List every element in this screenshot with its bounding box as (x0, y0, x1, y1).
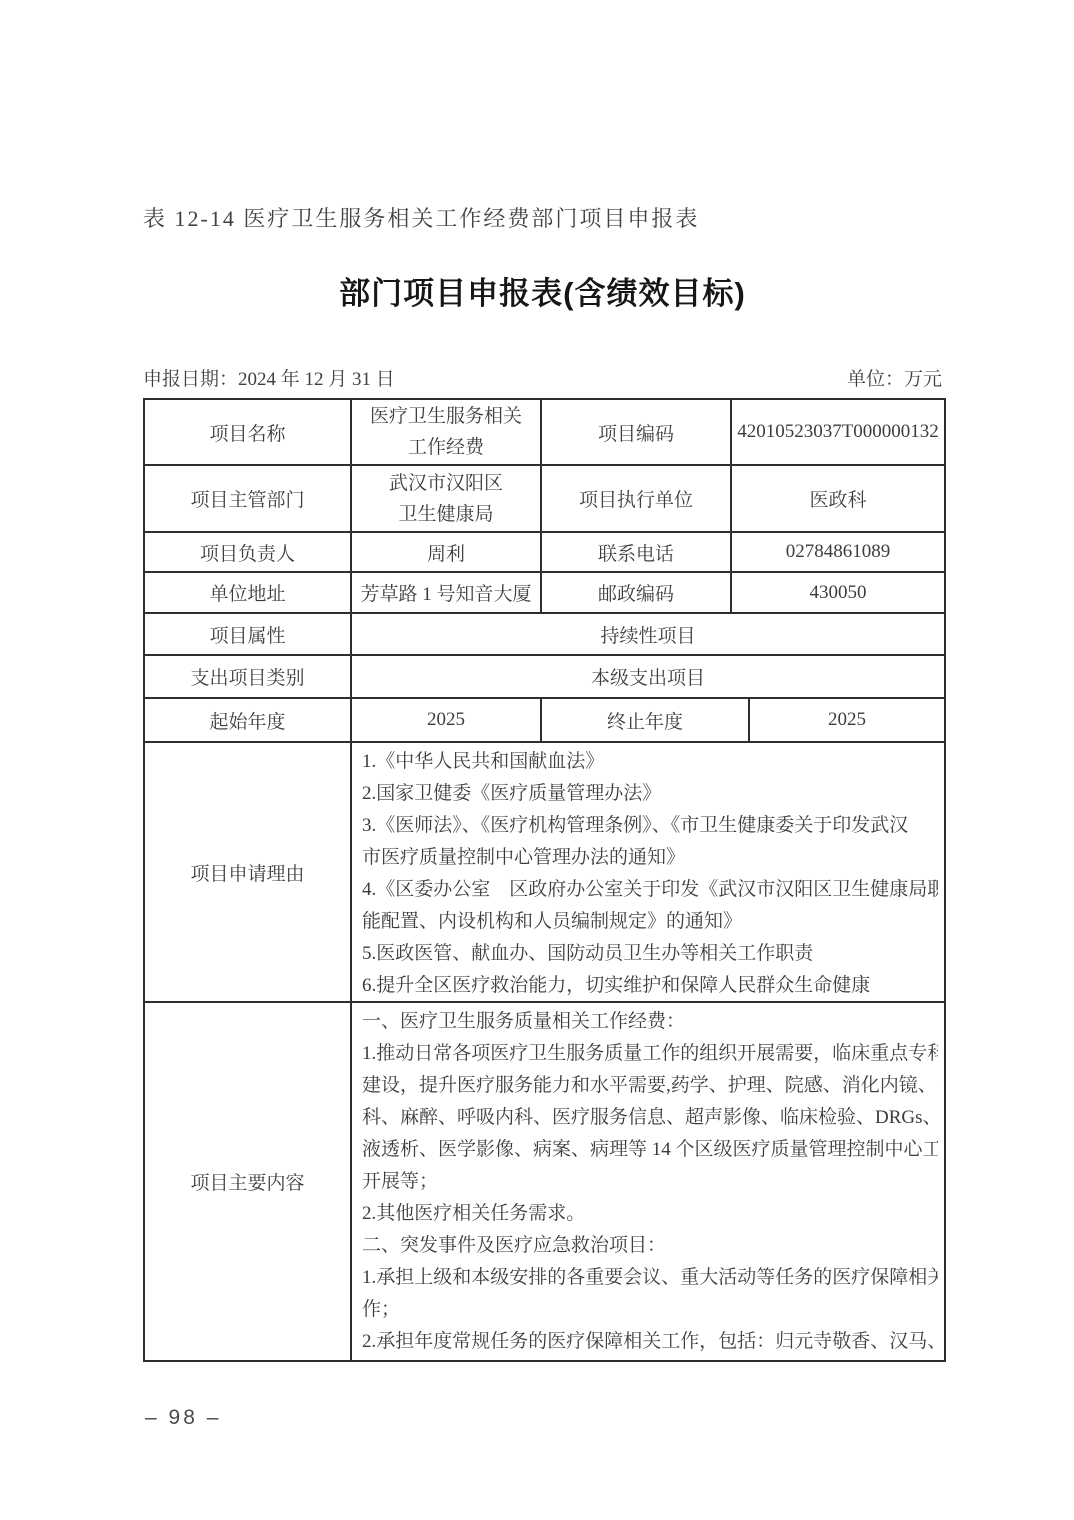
text-line: 1.《中华人民共和国献血法》 (362, 746, 938, 778)
row-years: 起始年度 2025 终止年度 2025 (145, 699, 944, 743)
application-form-table: 项目名称 医疗卫生服务相关工作经费 项目编码 42010523037T00000… (143, 398, 946, 1362)
page-number: – 98 – (145, 1406, 221, 1430)
end-year-value: 2025 (750, 699, 944, 741)
table-caption: 表 12-14 医疗卫生服务相关工作经费部门项目申报表 (143, 202, 699, 233)
phone-label: 联系电话 (542, 533, 732, 571)
row-reason: 项目申请理由 1.《中华人民共和国献血法》2.国家卫健委《医疗质量管理办法》3.… (145, 743, 944, 1003)
text-line: 1.推动日常各项医疗卫生服务质量工作的组织开展需要，临床重点专科 (362, 1038, 938, 1070)
unit-label: 单位：万元 (847, 364, 942, 391)
meta-row: 申报日期：2024 年 12 月 31 日 单位：万元 (143, 364, 942, 391)
phone-value: 02784861089 (732, 533, 944, 571)
row-main-content: 项目主要内容 一、医疗卫生服务质量相关工作经费： 1.推动日常各项医疗卫生服务质… (145, 1003, 944, 1362)
reason-label: 项目申请理由 (145, 743, 352, 1001)
project-code-value: 42010523037T000000132 (732, 400, 944, 464)
attribute-value: 持续性项目 (352, 614, 944, 654)
text-line: 2.国家卫健委《医疗质量管理办法》 (362, 778, 938, 810)
document-title: 部门项目申报表(含绩效目标) (143, 268, 942, 313)
exec-unit-label: 项目执行单位 (542, 466, 732, 531)
document-page: 表 12-14 医疗卫生服务相关工作经费部门项目申报表 部门项目申报表(含绩效目… (0, 0, 1074, 1520)
leader-label: 项目负责人 (145, 533, 352, 571)
text-line: 3.《医师法》、《医疗机构管理条例》、《市卫生健康委关于印发武汉 (362, 810, 938, 842)
exec-unit-value: 医政科 (732, 466, 944, 531)
text-line: 2.承担年度常规任务的医疗保障相关工作，包括：归元寺敬香、汉马、 (362, 1326, 938, 1358)
end-year-label: 终止年度 (542, 699, 750, 741)
leader-value: 周利 (352, 533, 542, 571)
category-value: 本级支出项目 (352, 656, 944, 697)
start-year-label: 起始年度 (145, 699, 352, 741)
row-department: 项目主管部门 武汉市汉阳区卫生健康局 项目执行单位 医政科 (145, 466, 944, 533)
attribute-label: 项目属性 (145, 614, 352, 654)
text-line: 武汉市汉阳区 (389, 468, 503, 499)
address-label: 单位地址 (145, 573, 352, 612)
application-date: 申报日期：2024 年 12 月 31 日 (143, 364, 395, 391)
text-line: 建设，提升医疗服务能力和水平需要,药学、护理、院感、消化内镜、骨 (362, 1070, 938, 1102)
department-label: 项目主管部门 (145, 466, 352, 531)
reason-text: 1.《中华人民共和国献血法》2.国家卫健委《医疗质量管理办法》3.《医师法》、《… (352, 743, 944, 1001)
text-line: 医疗卫生服务相关 (370, 401, 522, 432)
text-line: 2.其他医疗相关任务需求。 (362, 1198, 938, 1230)
text-line: 工作经费 (408, 432, 484, 463)
main-content-text: 一、医疗卫生服务质量相关工作经费： 1.推动日常各项医疗卫生服务质量工作的组织开… (352, 1003, 944, 1360)
text-line: 开展等； (362, 1166, 938, 1198)
project-name-label: 项目名称 (145, 400, 352, 464)
row-category: 支出项目类别 本级支出项目 (145, 656, 944, 699)
project-name-value: 医疗卫生服务相关工作经费 (352, 400, 542, 464)
text-line: 1.承担上级和本级安排的各重要会议、重大活动等任务的医疗保障相关工 (362, 1262, 938, 1294)
category-label: 支出项目类别 (145, 656, 352, 697)
text-line: 一、医疗卫生服务质量相关工作经费： (362, 1006, 938, 1038)
zip-value: 430050 (732, 573, 944, 612)
main-content-label: 项目主要内容 (145, 1003, 352, 1360)
project-code-label: 项目编码 (542, 400, 732, 464)
start-year-value: 2025 (352, 699, 542, 741)
text-line: 5.医政医管、献血办、国防动员卫生办等相关工作职责 (362, 938, 938, 970)
department-value: 武汉市汉阳区卫生健康局 (352, 466, 542, 531)
row-address: 单位地址 芳草路 1 号知音大厦 邮政编码 430050 (145, 573, 944, 614)
text-line: 科、麻醉、呼吸内科、医疗服务信息、超声影像、临床检验、DRGs、血 (362, 1102, 938, 1134)
text-line: 能配置、内设机构和人员编制规定》的通知》 (362, 906, 938, 938)
text-line: 4.《区委办公室 区政府办公室关于印发《武汉市汉阳区卫生健康局职 (362, 874, 938, 906)
text-line: 市医疗质量控制中心管理办法的通知》 (362, 842, 938, 874)
zip-label: 邮政编码 (542, 573, 732, 612)
row-attribute: 项目属性 持续性项目 (145, 614, 944, 656)
text-line: 液透析、医学影像、病案、病理等 14 个区级医疗质量管理控制中心工作 (362, 1134, 938, 1166)
text-line: 6.提升全区医疗救治能力，切实维护和保障人民群众生命健康 (362, 970, 938, 1001)
address-value: 芳草路 1 号知音大厦 (352, 573, 542, 612)
text-line: 作； (362, 1294, 938, 1326)
row-project-name: 项目名称 医疗卫生服务相关工作经费 项目编码 42010523037T00000… (145, 400, 944, 466)
text-line: 二、突发事件及医疗应急救治项目： (362, 1230, 938, 1262)
row-leader: 项目负责人 周利 联系电话 02784861089 (145, 533, 944, 573)
text-line: 卫生健康局 (398, 499, 493, 530)
